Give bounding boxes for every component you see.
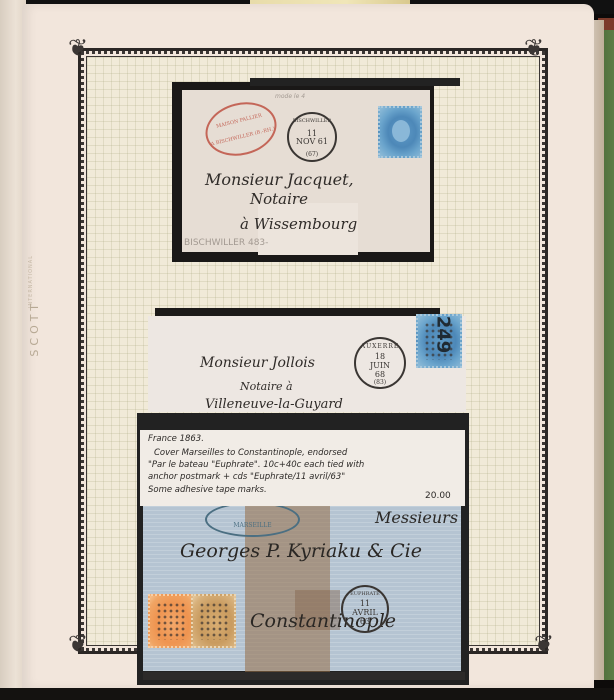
- corner-ornament-icon: ❦: [530, 630, 558, 658]
- address-line: Monsieur Jacquet,: [205, 170, 354, 189]
- corner-ornament-icon: ❦: [64, 630, 92, 658]
- address-line: Monsieur Jollois: [200, 355, 315, 371]
- postmark-cds: BISCHWILLER 11NOV 61 (67): [287, 112, 337, 162]
- corner-ornament-icon: ❦: [64, 34, 92, 62]
- note-line: Cover Marseilles to Constantinople, endo…: [154, 448, 347, 458]
- handstamp-oval: MARSEILLE: [205, 502, 300, 537]
- mount-bottom: [143, 672, 465, 680]
- stamp-blue: [378, 106, 422, 158]
- address-line: à Wissembourg: [240, 215, 357, 233]
- stamp-bistre: [191, 594, 236, 648]
- mount-cover-2: [155, 308, 440, 316]
- stamp-orange: [148, 594, 193, 648]
- postmark-cds: EUPHRATE 11AVRIL63: [341, 585, 389, 633]
- address-line: Georges P. Kyriaku & Cie: [180, 540, 422, 562]
- note-line: anchor postmark + cds "Euphrate/11 avril…: [148, 472, 345, 482]
- pencil-note: BISCHWILLER 483-: [184, 238, 268, 248]
- cancel-number: 249: [432, 316, 453, 354]
- background-bottom: [0, 688, 614, 700]
- description-note: France 1863. Cover Marseilles to Constan…: [140, 430, 465, 506]
- postmark-cds: AUXERRE 18JUIN68 (83): [354, 337, 406, 389]
- address-line: Villeneuve-la-Guyard: [205, 397, 343, 412]
- address-line: Notaire: [250, 190, 308, 208]
- address-line: Messieurs: [375, 508, 458, 527]
- note-line: "Par le bateau "Euphrate". 10c+40c each …: [148, 460, 364, 470]
- note-line: Some adhesive tape marks.: [148, 485, 267, 495]
- pencil-note: mode le 4: [275, 93, 305, 100]
- note-line: France 1863.: [148, 434, 204, 444]
- album-brand: SCOTT: [28, 300, 58, 450]
- address-line: Notaire à: [240, 380, 293, 393]
- price-label: 20.00: [425, 491, 451, 501]
- corner-ornament-icon: ❦: [520, 34, 548, 62]
